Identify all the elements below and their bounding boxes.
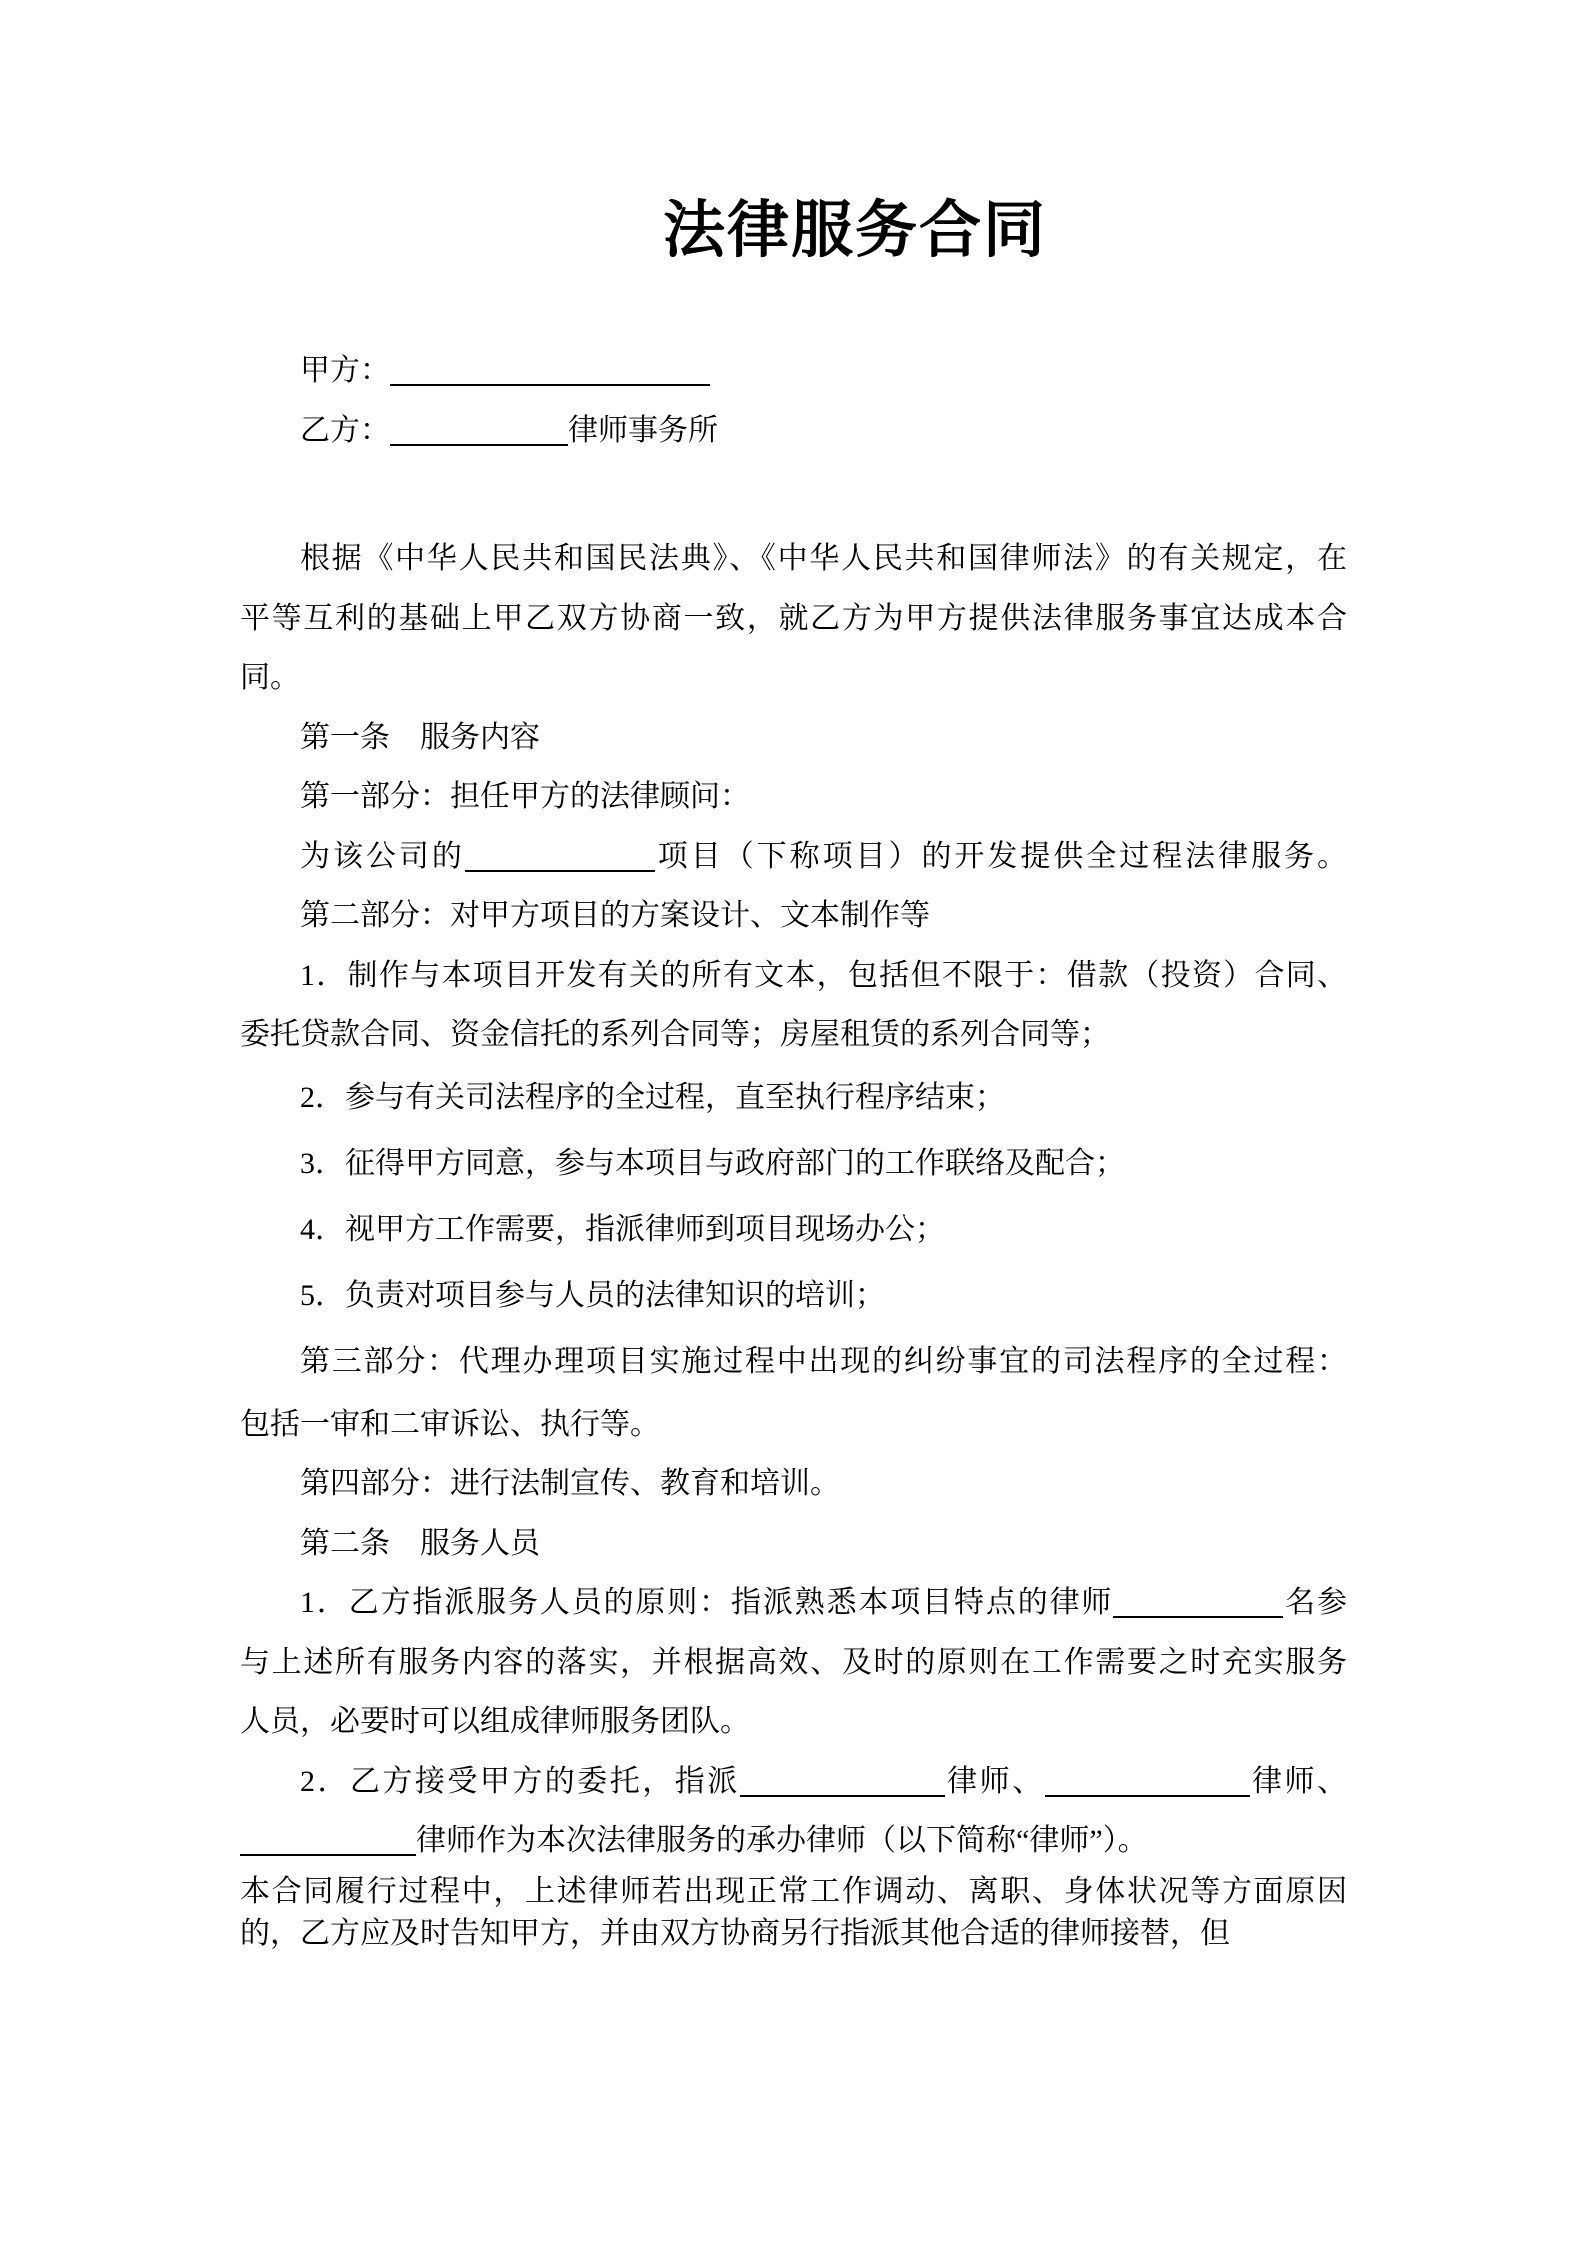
paragraph-line: 为该公司的项目（下称项目）的开发提供全过程法律服务。 [240,827,1347,887]
paragraph-line: 本合同履行过程中，上述律师若出现正常工作调动、离职、身体状况等方面原因 [240,1871,1347,1913]
document-page: 法律服务合同 甲方： 乙方：律师事务所 根据《中华人民共和国民法典》、《中华人民… [0,0,1587,2245]
fill-in-blank [390,384,710,386]
part-4-heading: 第四部分：进行法制宣传、教育和培训。 [240,1454,1347,1514]
document-content: 法律服务合同 甲方： 乙方：律师事务所 根据《中华人民共和国民法典》、《中华人民… [240,0,1347,1955]
party-a-label: 甲方： [300,354,390,387]
part-2-heading: 第二部分：对甲方项目的方案设计、文本制作等 [240,886,1347,946]
list-item-2: 2．参与有关司法程序的全过程，直至执行程序结束； [240,1065,1347,1131]
fill-in-blank [465,870,655,872]
preamble-line: 根据《中华人民共和国民法典》、《中华人民共和国律师法》的有关规定，在 [240,529,1347,589]
fill-in-blank [740,1795,945,1797]
fill-in-blank [240,1854,416,1856]
party-a-line: 甲方： [240,341,1347,401]
preamble-line: 同。 [240,648,1347,708]
list-item-3: 3．征得甲方同意，参与本项目与政府部门的工作联络及配合； [240,1131,1347,1197]
party-b-label: 乙方： [300,414,390,447]
list-item-4: 4．视甲方工作需要，指派律师到项目现场办公； [240,1197,1347,1263]
paragraph-line: 律师作为本次法律服务的承办律师（以下简称“律师”）。 [240,1811,1347,1871]
document-title: 法律服务合同 [240,193,1347,270]
paragraph-line: 与上述所有服务内容的落实，并根据高效、及时的原则在工作需要之时充实服务 [240,1633,1347,1693]
part-3-heading: 第三部分：代理办理项目实施过程中出现的纠纷事宜的司法程序的全过程： [240,1329,1347,1395]
clause-1-heading: 第一条 服务内容 [240,708,1347,768]
fill-in-blank [390,444,568,446]
paragraph-line: 委托贷款合同、资金信托的系列合同等；房屋租赁的系列合同等； [240,1005,1347,1065]
list-item-5: 5．负责对项目参与人员的法律知识的培训； [240,1263,1347,1329]
paragraph-line: 1．乙方指派服务人员的原则：指派熟悉本项目特点的律师名参 [240,1573,1347,1633]
party-b-suffix: 律师事务所 [568,414,718,447]
preamble-line: 平等互利的基础上甲乙双方协商一致，就乙方为甲方提供法律服务事宜达成本合 [240,589,1347,649]
fill-in-blank [1045,1795,1250,1797]
paragraph-line: 2．乙方接受甲方的委托，指派律师、律师、 [240,1752,1347,1812]
clause-2-heading: 第二条 服务人员 [240,1514,1347,1574]
fill-in-blank [1113,1616,1283,1618]
part-1-heading: 第一部分：担任甲方的法律顾问： [240,767,1347,827]
paragraph-line: 人员，必要时可以组成律师服务团队。 [240,1692,1347,1752]
paragraph-line: 的，乙方应及时告知甲方，并由双方协商另行指派其他合适的律师接替，但 [240,1913,1347,1955]
paragraph-line: 包括一审和二审诉讼、执行等。 [240,1395,1347,1455]
party-b-line: 乙方：律师事务所 [240,401,1347,461]
list-item-1: 1．制作与本项目开发有关的所有文本，包括但不限于：借款（投资）合同、 [240,946,1347,1006]
